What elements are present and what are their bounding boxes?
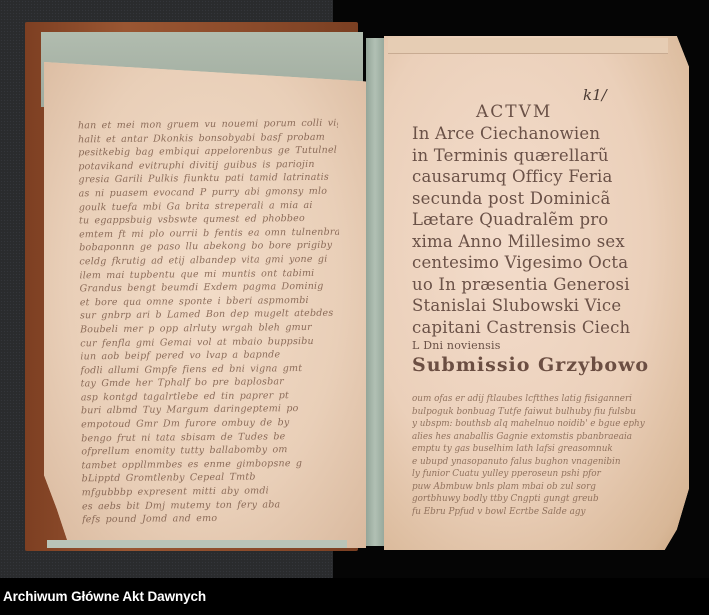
text-line: oum ofas er adij ftlaubes lcftthes latig…: [412, 393, 667, 406]
heading: ACTVM: [476, 101, 692, 123]
text-line: emptu ty gas buselhim lath lafsi greasom…: [412, 443, 667, 456]
caption-bar: Archiwum Główne Akt Dawnych: [0, 578, 709, 615]
text-line: Stanislai Slubowski Vice: [412, 295, 692, 317]
text-line: fefs pound Jomd and emo: [82, 511, 342, 527]
text-line: secunda post Dominicã: [412, 188, 692, 210]
text-line: uo In præsentia Generosi: [412, 274, 692, 296]
text-line: fu Ebru Ppfud v bowl Ecrtbe Salde agy: [412, 506, 667, 519]
text-line: L Dni noviensis: [412, 338, 692, 354]
text-line: e ubupd ynasopanuto falus bughon vnageni…: [412, 456, 667, 469]
text-line: bulpoguk bonbuag Tutfe faiwut bulhuby fi…: [412, 406, 667, 419]
text-line: xima Anno Millesimo sex: [412, 231, 692, 253]
text-line: in Terminis quærellarũ: [412, 145, 692, 167]
text-line: alies hes anaballis Gagnie extomstis pba…: [412, 431, 667, 444]
text-line: causarumq Officy Feria: [412, 166, 692, 188]
right-page-cursive-text: oum ofas er adij ftlaubes lcftthes latig…: [412, 393, 667, 518]
left-page-edge: [47, 540, 347, 548]
text-line: Lætare Quadralẽm pro: [412, 209, 692, 231]
subheading: Submissio Grzybowo: [412, 354, 692, 376]
right-page-formal-text: ACTVM In Arce Ciechanowien in Terminis q…: [412, 101, 692, 376]
text-line: centesimo Vigesimo Octa: [412, 252, 692, 274]
text-line: In Arce Ciechanowien: [412, 123, 692, 145]
text-line: capitani Castrensis Ciech: [412, 317, 692, 339]
document-image: han et mei mon gruem vu nouemi porum col…: [0, 0, 709, 578]
archive-caption: Archiwum Główne Akt Dawnych: [3, 589, 206, 604]
text-line: gortbhuwy bodly ttby Cngpti gungt greub: [412, 493, 667, 506]
text-line: puw Abmbuw bnls plam mbai ob zul sorg: [412, 481, 667, 494]
text-line: y ubspm: bouthsb alq mahelnuo noidib' e …: [412, 418, 667, 431]
text-line: ly funior Cuatu yulley pperoseun pshi pf…: [412, 468, 667, 481]
binding-strip: [366, 38, 384, 546]
right-page-top-fold: [388, 38, 668, 54]
left-page-text: han et mei mon gruem vu nouemi porum col…: [78, 117, 342, 528]
text-line: cur fenfla gmi Gemai vol at mbaio buppsi…: [80, 334, 340, 350]
